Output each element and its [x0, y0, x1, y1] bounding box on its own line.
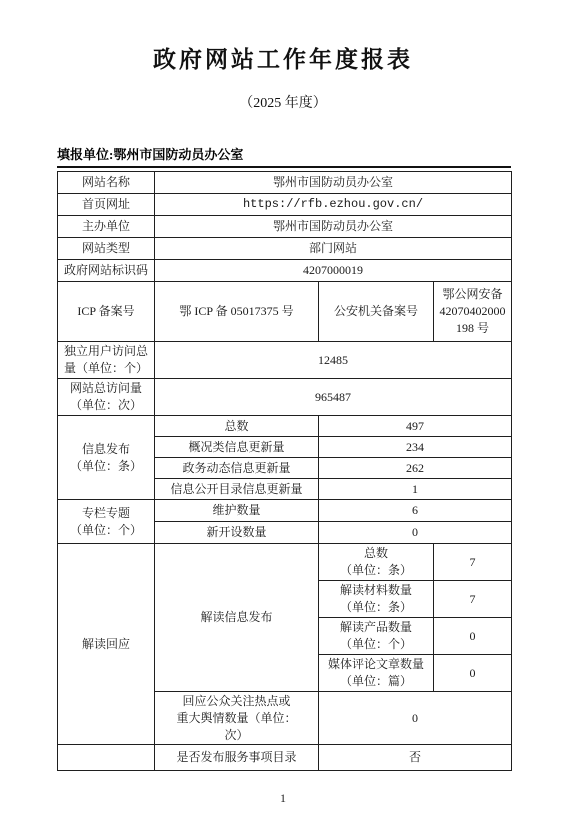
row-site-code: 政府网站标识码 4207000019 [58, 260, 512, 282]
info-dynamic-label: 政务动态信息更新量 [155, 458, 319, 479]
empty-cell [58, 745, 155, 771]
service-catalog-label: 是否发布服务事项目录 [155, 745, 319, 771]
row-info-total: 信息发布 （单位：条） 总数 497 [58, 416, 512, 437]
sponsor-value: 鄂州市国防动员办公室 [155, 216, 512, 238]
interp-materials-value: 7 [434, 581, 512, 618]
interp-media-value: 0 [434, 655, 512, 692]
report-document-page: 政府网站工作年度报表 （2025 年度） 填报单位:鄂州市国防动员办公室 网站名… [0, 0, 566, 830]
row-site-type: 网站类型 部门网站 [58, 238, 512, 260]
interp-total-label: 总数 （单位：条） [319, 544, 434, 581]
info-overview-label: 概况类信息更新量 [155, 437, 319, 458]
interp-materials-label: 解读材料数量 （单位：条） [319, 581, 434, 618]
row-icp-filing: ICP 备案号 鄂 ICP 备 05017375 号 公安机关备案号 鄂公网安备… [58, 282, 512, 342]
row-service-catalog: 是否发布服务事项目录 否 [58, 745, 512, 771]
unique-visitors-label: 独立用户访问总 量（单位：个） [58, 342, 155, 379]
topics-new-label: 新开设数量 [155, 522, 319, 544]
info-total-label: 总数 [155, 416, 319, 437]
site-name-label: 网站名称 [58, 172, 155, 194]
page-subtitle: （2025 年度） [0, 92, 566, 112]
page-number: 1 [0, 791, 566, 806]
row-total-visits: 网站总访问量 （单位：次） 965487 [58, 379, 512, 416]
row-topics-maintained: 专栏专题 （单位：个） 维护数量 6 [58, 500, 512, 522]
row-interp-total: 解读回应 解读信息发布 总数 （单位：条） 7 [58, 544, 512, 581]
icp-value: 鄂 ICP 备 05017375 号 [155, 282, 319, 342]
interp-media-label: 媒体评论文章数量 （单位：篇） [319, 655, 434, 692]
report-unit-line: 填报单位:鄂州市国防动员办公室 [57, 144, 511, 168]
service-catalog-value: 否 [319, 745, 512, 771]
icp-label: ICP 备案号 [58, 282, 155, 342]
row-sponsor: 主办单位 鄂州市国防动员办公室 [58, 216, 512, 238]
site-type-label: 网站类型 [58, 238, 155, 260]
topics-maintained-value: 6 [319, 500, 512, 522]
interpretation-group-label: 解读回应 [58, 544, 155, 745]
annual-report-table: 网站名称 鄂州市国防动员办公室 首页网址 https://rfb.ezhou.g… [57, 171, 512, 771]
interp-products-label: 解读产品数量 （单位：个） [319, 618, 434, 655]
info-dynamic-value: 262 [319, 458, 512, 479]
page-title: 政府网站工作年度报表 [0, 41, 566, 74]
topics-new-value: 0 [319, 522, 512, 544]
row-unique-visitors: 独立用户访问总 量（单位：个） 12485 [58, 342, 512, 379]
interp-publish-label: 解读信息发布 [155, 544, 319, 692]
sponsor-label: 主办单位 [58, 216, 155, 238]
total-visits-value: 965487 [155, 379, 512, 416]
total-visits-label: 网站总访问量 （单位：次） [58, 379, 155, 416]
row-site-name: 网站名称 鄂州市国防动员办公室 [58, 172, 512, 194]
row-home-url: 首页网址 https://rfb.ezhou.gov.cn/ [58, 194, 512, 216]
site-name-value: 鄂州市国防动员办公室 [155, 172, 512, 194]
site-type-value: 部门网站 [155, 238, 512, 260]
public-response-value: 0 [319, 692, 512, 745]
police-filing-label: 公安机关备案号 [319, 282, 434, 342]
info-total-value: 497 [319, 416, 512, 437]
info-catalog-label: 信息公开目录信息更新量 [155, 479, 319, 500]
interp-total-value: 7 [434, 544, 512, 581]
info-overview-value: 234 [319, 437, 512, 458]
interp-products-value: 0 [434, 618, 512, 655]
info-publish-group-label: 信息发布 （单位：条） [58, 416, 155, 500]
info-catalog-value: 1 [319, 479, 512, 500]
site-code-value: 4207000019 [155, 260, 512, 282]
home-url-value: https://rfb.ezhou.gov.cn/ [155, 194, 512, 216]
site-code-label: 政府网站标识码 [58, 260, 155, 282]
unique-visitors-value: 12485 [155, 342, 512, 379]
topics-maintained-label: 维护数量 [155, 500, 319, 522]
police-filing-value: 鄂公网安备 42070402000 198 号 [434, 282, 512, 342]
public-response-label: 回应公众关注热点或 重大舆情数量（单位： 次） [155, 692, 319, 745]
home-url-label: 首页网址 [58, 194, 155, 216]
special-columns-group-label: 专栏专题 （单位：个） [58, 500, 155, 544]
